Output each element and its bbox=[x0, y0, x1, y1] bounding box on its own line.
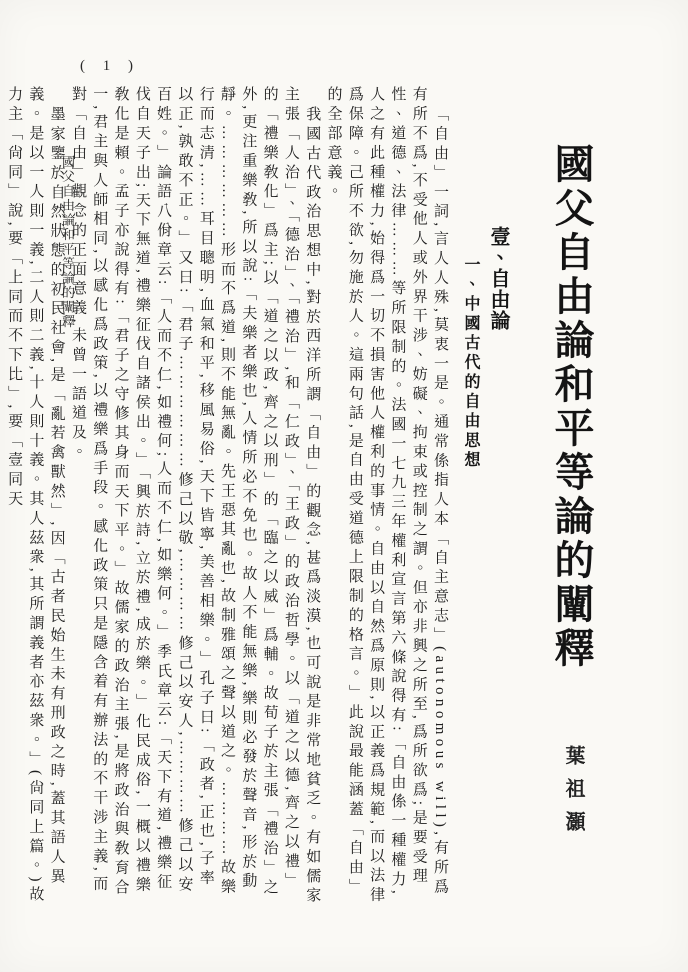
scanned-page: ( 1 ) 國父自由論和平等論的闡釋 國父自由論和平等論的闡釋 葉祖灝 壹、自由… bbox=[0, 0, 688, 972]
section-heading: 一、中國古代的自由思想 bbox=[459, 256, 482, 471]
author-name: 葉祖灝 bbox=[559, 745, 588, 844]
document-title: 國父自由論和平等論的闡釋 bbox=[543, 143, 600, 671]
body-text: 「自由」一詞,言人人殊,莫衷一是。通常係指人本「自主意志」(autonomous… bbox=[3, 86, 450, 908]
part-heading: 壹、自由論 bbox=[484, 226, 513, 331]
paragraph-2: 我國古代政治思想中,對於西洋所謂「自由」的觀念,甚爲淡漠,也可說是非常地貧乏。有… bbox=[67, 86, 323, 908]
paragraph-3: 墨家鑒於自然狀態的初民社會,是「亂若禽獸然」,因「古者民始生未有刑政之時,蓋其語… bbox=[3, 86, 67, 908]
paragraph-1: 「自由」一詞,言人人殊,莫衷一是。通常係指人本「自主意志」(autonomous… bbox=[322, 86, 450, 908]
page-number: ( 1 ) bbox=[80, 58, 140, 75]
